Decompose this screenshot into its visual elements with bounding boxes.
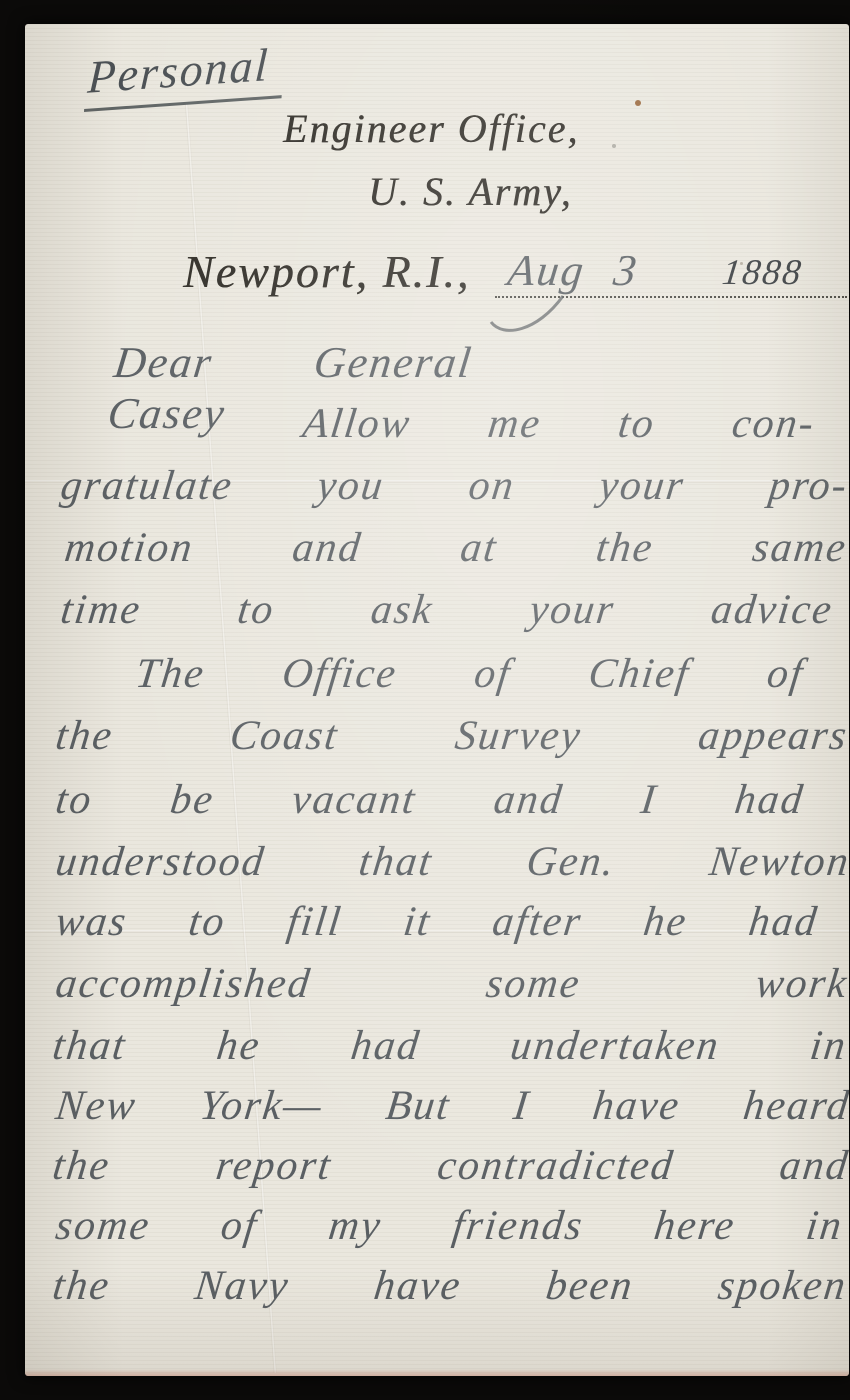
handwritten-line: the Navy have been spoken: [50, 1262, 849, 1310]
dateline-place: Newport, R.I.,: [183, 245, 470, 298]
handwritten-line: to be vacant and I had: [53, 776, 807, 824]
handwritten-line: The Office of Chief of: [133, 650, 807, 698]
dateline-year: 1888: [720, 252, 805, 293]
letterhead-office-line: Engineer Office,: [283, 105, 579, 152]
handwritten-line: understood that Gen. Newton: [53, 838, 849, 886]
handwritten-line: New York— But I have heard: [53, 1082, 849, 1130]
letter-page: Personal Engineer Office, U. S. Army, Ne…: [25, 24, 849, 1376]
foxing-spot: [635, 100, 641, 106]
dateline-handwritten-date: Aug 3: [505, 246, 641, 297]
handwritten-line: some of my friends here in: [53, 1202, 846, 1250]
handwritten-line: gratulate you on your pro-: [58, 462, 849, 510]
handwritten-line: Allow me to con-: [300, 400, 818, 448]
handwritten-line: that he had undertaken in: [50, 1022, 849, 1070]
foxing-spot: [612, 144, 616, 148]
handwritten-line: the report contradicted and: [50, 1142, 849, 1190]
handwritten-line: the Coast Survey appears: [53, 712, 849, 760]
handwritten-line: accomplished some work: [53, 960, 849, 1008]
pencil-flourish: [483, 292, 575, 340]
personal-annotation: Personal: [84, 38, 285, 112]
letterhead-army-line: U. S. Army,: [368, 168, 573, 215]
tinted-paper-edge: [25, 1369, 849, 1376]
handwritten-line: motion and at the same: [62, 524, 849, 572]
handwritten-line: was to fill it after he had: [53, 898, 821, 946]
handwritten-line: time to ask your advice: [58, 586, 836, 634]
